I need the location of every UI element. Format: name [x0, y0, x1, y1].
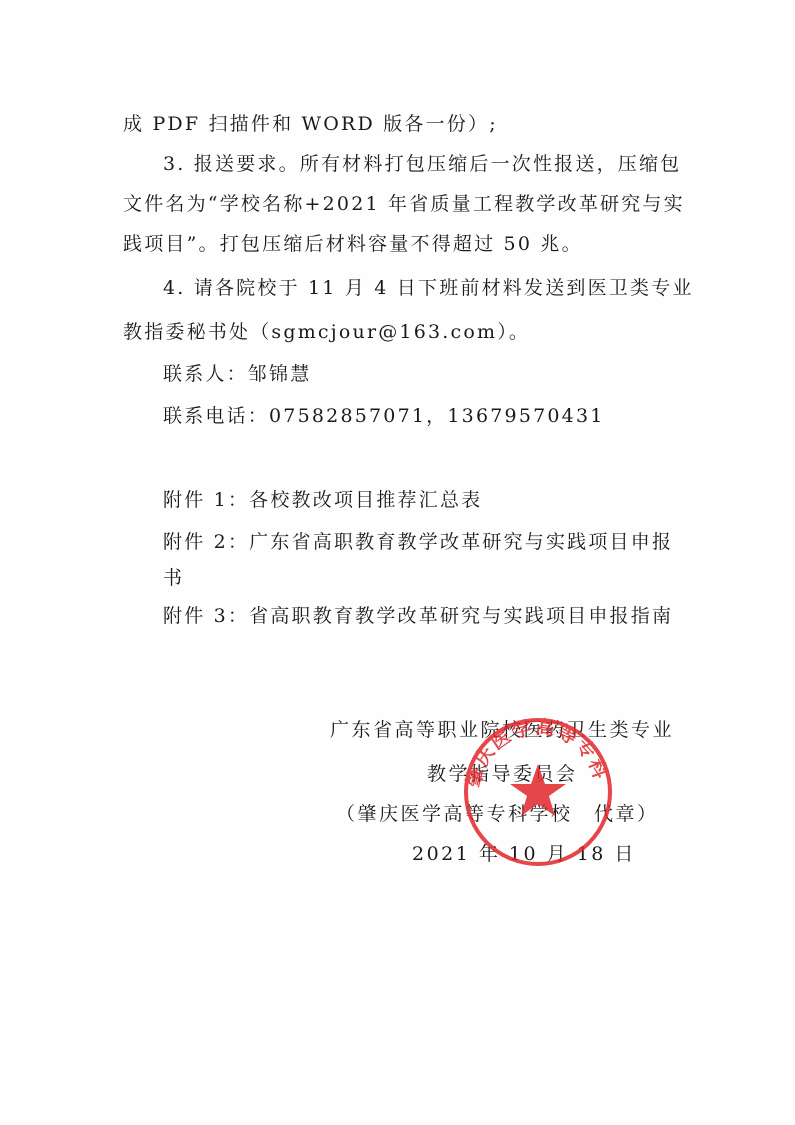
attachment-3: 附件 3：省高职教育教学改革研究与实践项目申报指南: [163, 604, 673, 628]
attachment-2-continued: 书: [163, 566, 184, 590]
document-page: 成 PDF 扫描件和 WORD 版各一份）; 3. 报送要求。所有材料打包压缩后…: [0, 0, 795, 1125]
paragraph-line: 践项目”。打包压缩后材料容量不得超过 50 兆。: [123, 232, 583, 256]
paragraph-line: 教指委秘书处（sgmcjour@163.com）。: [123, 320, 530, 344]
attachment-2: 附件 2：广东省高职教育教学改革研究与实践项目申报: [163, 530, 673, 554]
contact-person: 联系人：邹锦慧: [163, 362, 311, 386]
paragraph-line: 4. 请各院校于 11 月 4 日下班前材料发送到医卫类专业: [163, 276, 694, 300]
paragraph-line: 文件名为“学校名称+2021 年省质量工程教学改革研究与实: [123, 192, 685, 216]
attachment-label: 附件 3：: [163, 605, 249, 627]
signature-org-line2: 教学指导委员会: [427, 762, 578, 786]
signature-date: 2021 年 10 月 18 日: [412, 842, 636, 866]
attachment-label: 附件 2：: [163, 531, 249, 553]
paragraph-line: 成 PDF 扫描件和 WORD 版各一份）;: [123, 112, 498, 136]
attachment-title: 广东省高职教育教学改革研究与实践项目申报: [249, 531, 673, 553]
signature-org-line1: 广东省高等职业院校医药卫生类专业: [330, 718, 674, 742]
attachment-title: 省高职教育教学改革研究与实践项目申报指南: [249, 605, 673, 627]
attachment-label: 附件 1：: [163, 489, 249, 511]
signature-org-line3: （肇庆医学高等专科学校 代章）: [336, 802, 659, 826]
paragraph-line: 3. 报送要求。所有材料打包压缩后一次性报送，压缩包: [163, 152, 681, 176]
attachment-1: 附件 1：各校教改项目推荐汇总表: [163, 488, 482, 512]
contact-phone: 联系电话：07582857071，13679570431: [163, 404, 605, 428]
attachment-title: 各校教改项目推荐汇总表: [249, 489, 482, 511]
